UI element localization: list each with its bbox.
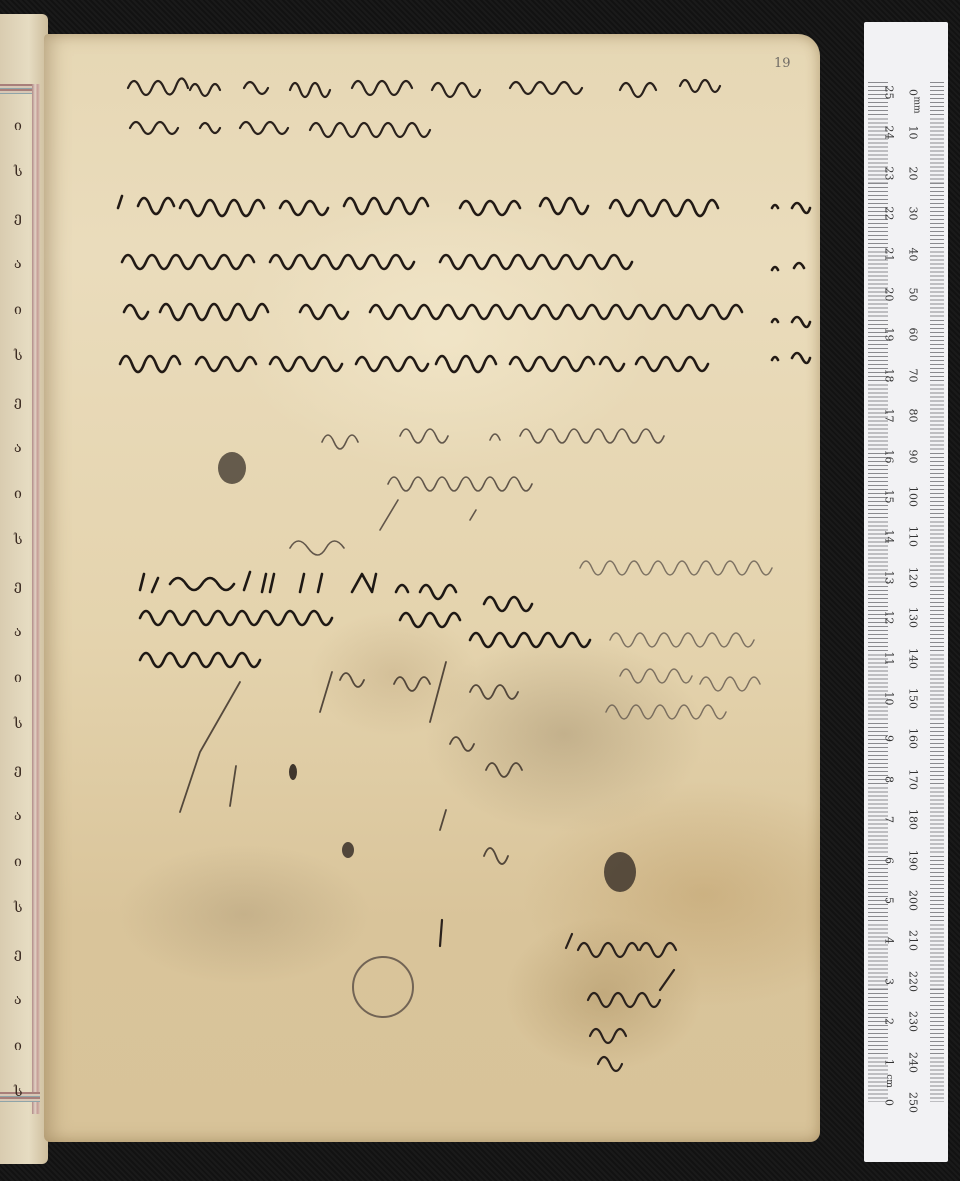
facing-page-glyph: ე [14, 394, 34, 410]
facing-page-glyph: ა [14, 256, 34, 272]
mm-label: 10 [907, 118, 920, 148]
cm-label: 15 [883, 482, 896, 512]
mm-label: 230 [907, 1007, 920, 1037]
mm-label: 60 [907, 320, 920, 350]
main-verse-lines [118, 196, 810, 372]
mm-label: 80 [907, 401, 920, 431]
facing-page-glyph: ი [14, 302, 34, 318]
cm-label: 21 [883, 239, 896, 269]
cm-label: 19 [883, 320, 896, 350]
handwriting-layer [0, 0, 960, 1181]
cm-label: 6 [883, 845, 896, 875]
facing-page-glyph: ი [14, 670, 34, 686]
cm-label: 4 [883, 926, 896, 956]
cm-label: 20 [883, 280, 896, 310]
mm-label: 250 [907, 1088, 920, 1118]
ink-blot [218, 452, 636, 892]
facing-page-glyph: ე [14, 578, 34, 594]
mm-label: 20 [907, 158, 920, 188]
facing-page-glyph: ს [14, 900, 34, 916]
facing-page-glyph: ი [14, 486, 34, 502]
mm-unit-label: mm [912, 96, 922, 113]
mm-label: 40 [907, 239, 920, 269]
marginalia-right [580, 561, 772, 719]
mm-label: 100 [907, 482, 920, 512]
mm-label: 140 [907, 643, 920, 673]
facing-page-glyph: ი [14, 118, 34, 134]
mm-label: 170 [907, 764, 920, 794]
marginalia-scribbles [180, 662, 522, 864]
facing-page-glyph: ე [14, 762, 34, 778]
marginalia-center [140, 572, 590, 667]
cm-label: 7 [883, 805, 896, 835]
cm-label: 12 [883, 603, 896, 633]
facing-page-glyph: ს [14, 1084, 34, 1100]
mm-label: 70 [907, 360, 920, 390]
cm-label: 14 [883, 522, 896, 552]
facing-page-glyph: ს [14, 716, 34, 732]
facing-page-glyph: ს [14, 348, 34, 364]
mm-label: 150 [907, 684, 920, 714]
mm-label: 180 [907, 805, 920, 835]
cm-label: 1 [883, 1047, 896, 1077]
cm-label: 23 [883, 158, 896, 188]
mm-label: 30 [907, 199, 920, 229]
cm-label: 22 [883, 199, 896, 229]
cm-label: 9 [883, 724, 896, 754]
mm-label: 240 [907, 1047, 920, 1077]
facing-page-glyph: ი [14, 854, 34, 870]
facing-page-glyph: ს [14, 532, 34, 548]
mm-label: 50 [907, 280, 920, 310]
pencil-trials [290, 429, 664, 555]
cm-label: 8 [883, 764, 896, 794]
cm-label: 0 [883, 1088, 896, 1118]
cm-label: 13 [883, 562, 896, 592]
mm-label: 110 [907, 522, 920, 552]
header-lines [128, 78, 720, 137]
mm-label: 90 [907, 441, 920, 471]
mm-label: 220 [907, 966, 920, 996]
facing-page-glyph: ა [14, 808, 34, 824]
mm-label: 160 [907, 724, 920, 754]
mm-label: 210 [907, 926, 920, 956]
mm-label: 130 [907, 603, 920, 633]
facing-page-glyph: ა [14, 624, 34, 640]
scale-ruler: 2524232221201918171615141312111098765432… [864, 22, 948, 1162]
facing-page-glyph: ა [14, 440, 34, 456]
cm-label: 10 [883, 684, 896, 714]
mm-label: 190 [907, 845, 920, 875]
facing-page-glyph: ი [14, 1038, 34, 1054]
cm-unit-label: cm [884, 1074, 894, 1088]
cm-label: 24 [883, 118, 896, 148]
facing-page-glyph: ე [14, 946, 34, 962]
cm-label: 3 [883, 966, 896, 996]
cm-label: 16 [883, 441, 896, 471]
facing-page-glyph: ა [14, 992, 34, 1008]
facing-page-glyph: ს [14, 164, 34, 180]
cm-label: 2 [883, 1007, 896, 1037]
mm-label: 200 [907, 886, 920, 916]
mm-ticks [930, 82, 944, 1102]
mm-label: 120 [907, 562, 920, 592]
facing-page-glyph: ე [14, 210, 34, 226]
marginalia-bottom [440, 920, 676, 1071]
cm-label: 25 [883, 78, 896, 108]
cm-label: 18 [883, 360, 896, 390]
cm-label: 5 [883, 886, 896, 916]
cm-label: 17 [883, 401, 896, 431]
cm-label: 11 [883, 643, 896, 673]
